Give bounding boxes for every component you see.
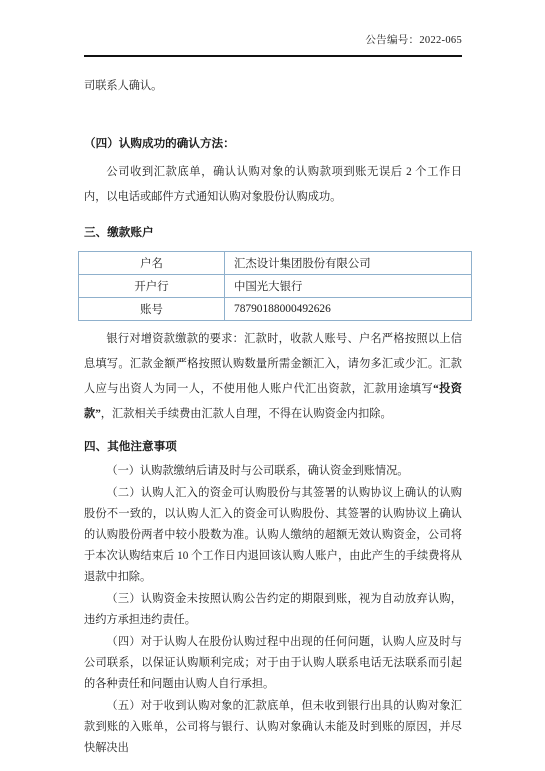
account-bank-value: 中国光大银行 — [225, 275, 472, 298]
heading-payment-account: 三、缴款账户 — [84, 225, 462, 241]
note-item-4: （四）对于认购人在股份认购过程中出现的任何问题，认购人应及时与公司联系，以保证认… — [84, 632, 462, 695]
paragraph-confirm-method: 公司收到汇款底单，确认认购对象的认购款项到账无误后 2 个工作日内，以电话或邮件… — [84, 160, 462, 210]
document-page: 公告编号：2022-065 司联系人确认。 （四）认购成功的确认方法： 公司收到… — [0, 0, 545, 771]
page-header: 公告编号：2022-065 — [84, 34, 462, 48]
note-item-1: （一）认购款缴纳后请及时与公司联系，确认资金到账情况。 — [84, 461, 462, 482]
account-number-value: 78790188000492626 — [225, 298, 472, 321]
bank-requirements-text-before: 银行对增资款缴款的要求：汇款时，收款人账号、户名严格按照以上信息填写。汇款金额严… — [84, 333, 462, 395]
account-row-name: 户名 汇杰设计集团股份有限公司 — [79, 252, 472, 275]
note-item-2: （二）认购人汇入的资金可认购股份与其签署的认购协议上确认的认购股份不一致的，以认… — [84, 483, 462, 588]
paragraph-bank-requirements: 银行对增资款缴款的要求：汇款时，收款人账号、户名严格按照以上信息填写。汇款金额严… — [84, 327, 462, 427]
note-item-3: （三）认购资金未按照认购公告约定的期限到账，视为自动放弃认购，违约方承担违约责任… — [84, 589, 462, 631]
note-item-5: （五）对于收到认购对象的汇款底单，但未收到银行出具的认购对象汇款到账的入账单，公… — [84, 696, 462, 759]
payment-account-table: 户名 汇杰设计集团股份有限公司 开户行 中国光大银行 账号 7879018800… — [78, 251, 472, 321]
paragraph-continuation: 司联系人确认。 — [84, 74, 462, 99]
announcement-number: 公告编号：2022-065 — [365, 35, 462, 46]
heading-other-notes: 四、其他注意事项 — [84, 439, 462, 455]
other-notes-list: （一）认购款缴纳后请及时与公司联系，确认资金到账情况。 （二）认购人汇入的资金可… — [84, 461, 462, 759]
heading-confirm-method: （四）认购成功的确认方法： — [84, 136, 462, 152]
bank-requirements-text-after: ，汇款相关手续费由汇款人自理，不得在认购资金内扣除。 — [101, 408, 392, 420]
account-bank-label: 开户行 — [79, 275, 225, 298]
account-name-value: 汇杰设计集团股份有限公司 — [225, 252, 472, 275]
account-row-bank: 开户行 中国光大银行 — [79, 275, 472, 298]
account-name-label: 户名 — [79, 252, 225, 275]
header-divider — [84, 55, 462, 57]
account-row-number: 账号 78790188000492626 — [79, 298, 472, 321]
account-number-label: 账号 — [79, 298, 225, 321]
